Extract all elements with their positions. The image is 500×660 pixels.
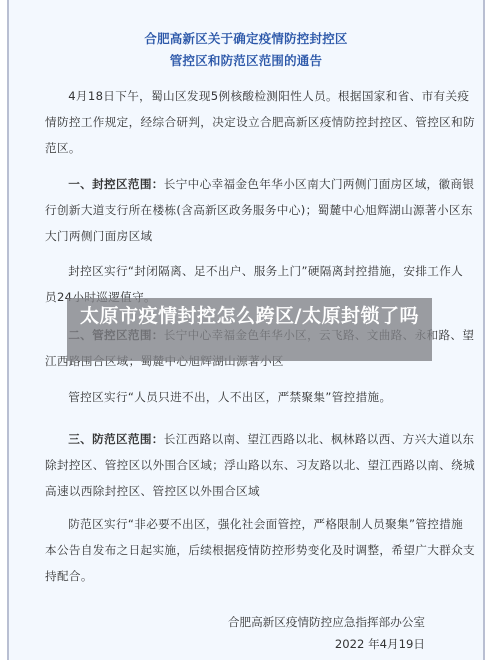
section3-paragraph: 三、防范区范围：长江西路以南、望江西路以北、枫林路以西、方兴大道以东除封控区、管…	[45, 426, 475, 504]
notice-title-line2: 管控区和防范区范围的通告	[9, 51, 483, 69]
section2-measure: 管控区实行“人员只进不出，人不出区，严禁聚集”管控措施。	[45, 384, 475, 410]
overlay-headline: 太原市疫情封控怎么跨区/太原封锁了吗	[67, 303, 432, 329]
intro-paragraph: 4月18日下午，蜀山区发现5例核酸检测阳性人员。根据国家和省、市有关疫情防控工作…	[45, 83, 475, 161]
section1-paragraph: 一、封控区范围：长宁中心幸福金色年华小区南大门两侧门面房区域，徽商银行创新大道支…	[45, 171, 475, 249]
notice-title-line1: 合肥高新区关于确定疫情防控封控区	[9, 29, 483, 47]
section3-heading: 三、防范区范围：	[68, 432, 164, 446]
section1-heading: 一、封控区范围：	[68, 177, 164, 191]
closing-paragraph: 本公告自发布之日起实施，后续根据疫情防控形势变化及时调整，希望广大群众支持配合。	[45, 537, 475, 589]
notice-date: 2022 年4月19日	[335, 636, 425, 652]
section3-measure: 防范区实行“非必要不出区，强化社会面管控，严格限制人员聚集”管控措施	[45, 511, 475, 537]
headline-overlay: 太原市疫情封控怎么跨区/太原封锁了吗	[67, 298, 432, 361]
signature: 合肥高新区疫情防控应急指挥部办公室	[228, 614, 425, 630]
